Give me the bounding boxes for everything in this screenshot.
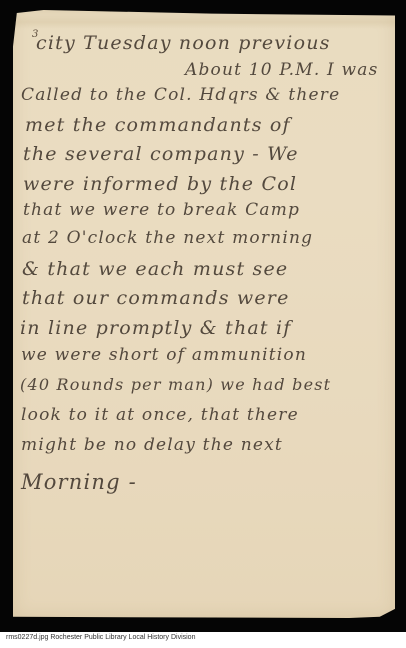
paper-fold-crease	[13, 15, 395, 29]
handwritten-line: in line promptly & that if	[20, 317, 292, 339]
handwritten-line: city Tuesday noon previous	[36, 32, 331, 54]
manuscript-page: 3 city Tuesday noon previous About 10 P.…	[13, 10, 395, 618]
handwritten-line: Called to the Col. Hdqrs & there	[21, 85, 340, 105]
handwritten-line: About 10 P.M. I was	[185, 60, 379, 80]
handwritten-line: at 2 O'clock the next morning	[22, 228, 313, 248]
handwritten-line: that our commands were	[22, 287, 290, 309]
handwritten-line: look to it at once, that there	[21, 405, 299, 425]
handwritten-line: we were short of ammunition	[21, 345, 307, 365]
handwritten-line: & that we each must see	[22, 258, 288, 280]
handwritten-line: (40 Rounds per man) we had best	[20, 375, 331, 394]
handwritten-line: might be no delay the next	[21, 435, 283, 455]
handwritten-line: met the commandants of	[25, 114, 291, 136]
image-caption: rms0227d.jpg Rochester Public Library Lo…	[6, 634, 195, 641]
handwritten-line: that we were to break Camp	[23, 200, 300, 220]
handwritten-line: were informed by the Col	[23, 173, 297, 195]
handwritten-line: the several company - We	[23, 143, 299, 165]
handwritten-line: Morning -	[21, 470, 137, 494]
scan-frame: 3 city Tuesday noon previous About 10 P.…	[0, 0, 406, 632]
